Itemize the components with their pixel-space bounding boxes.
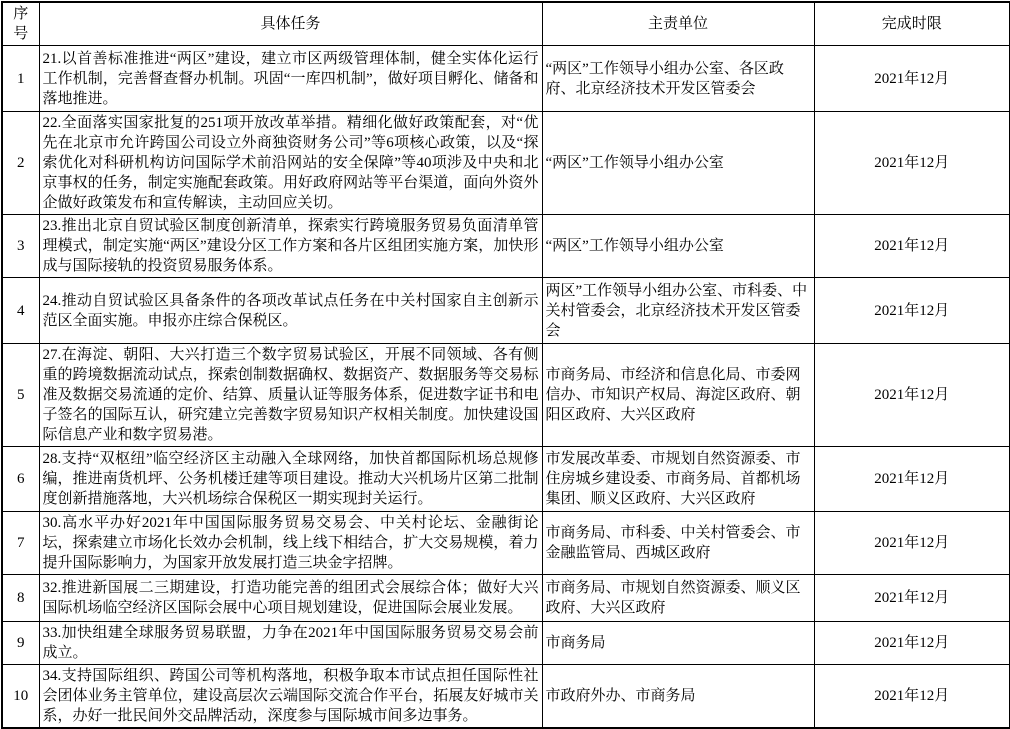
row-no: 6 bbox=[2, 447, 39, 512]
row-no: 3 bbox=[2, 215, 39, 278]
table-body: 1 21.以首善标准推进“两区”建设，建立市区两级管理体制，健全实体化运行工作机… bbox=[2, 46, 1010, 729]
unit-cell: 市发展改革委、市规划自然资源委、市住房城乡建设委、市商务局、首都机场集团、顺义区… bbox=[542, 447, 814, 512]
unit-cell: 市商务局、市科委、中关村管委会、市金融监管局、西城区政府 bbox=[542, 512, 814, 575]
table-row: 7 30.高水平办好2021年中国国际服务贸易交易会、中关村论坛、金融街论坛，探… bbox=[2, 512, 1010, 575]
task-cell: 27.在海淀、朝阳、大兴打造三个数字贸易试验区，开展不同领域、各有侧重的跨境数据… bbox=[39, 344, 542, 447]
deadline-cell: 2021年12月 bbox=[814, 215, 1010, 278]
unit-cell: 两区”工作领导小组办公室、市科委、中关村管委会，北京经济技术开发区管委会 bbox=[542, 278, 814, 344]
deadline-cell: 2021年12月 bbox=[814, 278, 1010, 344]
unit-cell: 市商务局 bbox=[542, 622, 814, 665]
row-no: 2 bbox=[2, 112, 39, 215]
table-row: 2 22.全面落实国家批复的251项开放改革举措。精细化做好政策配套，对“优先在… bbox=[2, 112, 1010, 215]
header-deadline: 完成时限 bbox=[814, 2, 1010, 46]
task-cell: 32.推进新国展二三期建设，打造功能完善的组团式会展综合体；做好大兴国际机场临空… bbox=[39, 575, 542, 622]
task-cell: 30.高水平办好2021年中国国际服务贸易交易会、中关村论坛、金融街论坛，探索建… bbox=[39, 512, 542, 575]
table-row: 1 21.以首善标准推进“两区”建设，建立市区两级管理体制，健全实体化运行工作机… bbox=[2, 46, 1010, 112]
header-task: 具体任务 bbox=[39, 2, 542, 46]
task-cell: 21.以首善标准推进“两区”建设，建立市区两级管理体制，健全实体化运行工作机制，… bbox=[39, 46, 542, 112]
deadline-cell: 2021年12月 bbox=[814, 344, 1010, 447]
table-row: 3 23.推出北京自贸试验区制度创新清单，探索实行跨境服务贸易负面清单管理模式，… bbox=[2, 215, 1010, 278]
deadline-cell: 2021年12月 bbox=[814, 512, 1010, 575]
row-no: 4 bbox=[2, 278, 39, 344]
row-no: 1 bbox=[2, 46, 39, 112]
row-no: 8 bbox=[2, 575, 39, 622]
header-unit: 主责单位 bbox=[542, 2, 814, 46]
deadline-cell: 2021年12月 bbox=[814, 622, 1010, 665]
task-table: 序号 具体任务 主责单位 完成时限 1 21.以首善标准推进“两区”建设，建立市… bbox=[1, 1, 1010, 729]
task-cell: 22.全面落实国家批复的251项开放改革举措。精细化做好政策配套，对“优先在北京… bbox=[39, 112, 542, 215]
unit-cell: “两区”工作领导小组办公室、各区政府、北京经济技术开发区管委会 bbox=[542, 46, 814, 112]
header-row: 序号 具体任务 主责单位 完成时限 bbox=[2, 2, 1010, 46]
unit-cell: 市政府外办、市商务局 bbox=[542, 665, 814, 729]
unit-cell: 市商务局、市规划自然资源委、顺义区政府、大兴区政府 bbox=[542, 575, 814, 622]
table-row: 8 32.推进新国展二三期建设，打造功能完善的组团式会展综合体；做好大兴国际机场… bbox=[2, 575, 1010, 622]
row-no: 10 bbox=[2, 665, 39, 729]
row-no: 5 bbox=[2, 344, 39, 447]
header-no: 序号 bbox=[2, 2, 39, 46]
table-row: 10 34.支持国际组织、跨国公司等机构落地，积极争取本市试点担任国际性社会团体… bbox=[2, 665, 1010, 729]
task-cell: 34.支持国际组织、跨国公司等机构落地，积极争取本市试点担任国际性社会团体业务主… bbox=[39, 665, 542, 729]
deadline-cell: 2021年12月 bbox=[814, 447, 1010, 512]
table-row: 4 24.推动自贸试验区具备条件的各项改革试点任务在中关村国家自主创新示范区全面… bbox=[2, 278, 1010, 344]
row-no: 9 bbox=[2, 622, 39, 665]
table-row: 5 27.在海淀、朝阳、大兴打造三个数字贸易试验区，开展不同领域、各有侧重的跨境… bbox=[2, 344, 1010, 447]
document-page: 序号 具体任务 主责单位 完成时限 1 21.以首善标准推进“两区”建设，建立市… bbox=[0, 0, 1010, 696]
table-row: 9 33.加快组建全球服务贸易联盟，力争在2021年中国国际服务贸易交易会前成立… bbox=[2, 622, 1010, 665]
row-no: 7 bbox=[2, 512, 39, 575]
table-row: 6 28.支持“双枢纽”临空经济区主动融入全球网络，加快首都国际机场总规修编，推… bbox=[2, 447, 1010, 512]
task-cell: 23.推出北京自贸试验区制度创新清单，探索实行跨境服务贸易负面清单管理模式，制定… bbox=[39, 215, 542, 278]
deadline-cell: 2021年12月 bbox=[814, 575, 1010, 622]
unit-cell: 市商务局、市经济和信息化局、市委网信办、市知识产权局、海淀区政府、朝阳区政府、大… bbox=[542, 344, 814, 447]
task-cell: 28.支持“双枢纽”临空经济区主动融入全球网络，加快首都国际机场总规修编，推进南… bbox=[39, 447, 542, 512]
deadline-cell: 2021年12月 bbox=[814, 665, 1010, 729]
table-header: 序号 具体任务 主责单位 完成时限 bbox=[2, 2, 1010, 46]
deadline-cell: 2021年12月 bbox=[814, 112, 1010, 215]
unit-cell: “两区”工作领导小组办公室 bbox=[542, 112, 814, 215]
task-cell: 24.推动自贸试验区具备条件的各项改革试点任务在中关村国家自主创新示范区全面实施… bbox=[39, 278, 542, 344]
task-cell: 33.加快组建全球服务贸易联盟，力争在2021年中国国际服务贸易交易会前成立。 bbox=[39, 622, 542, 665]
deadline-cell: 2021年12月 bbox=[814, 46, 1010, 112]
unit-cell: “两区”工作领导小组办公室 bbox=[542, 215, 814, 278]
